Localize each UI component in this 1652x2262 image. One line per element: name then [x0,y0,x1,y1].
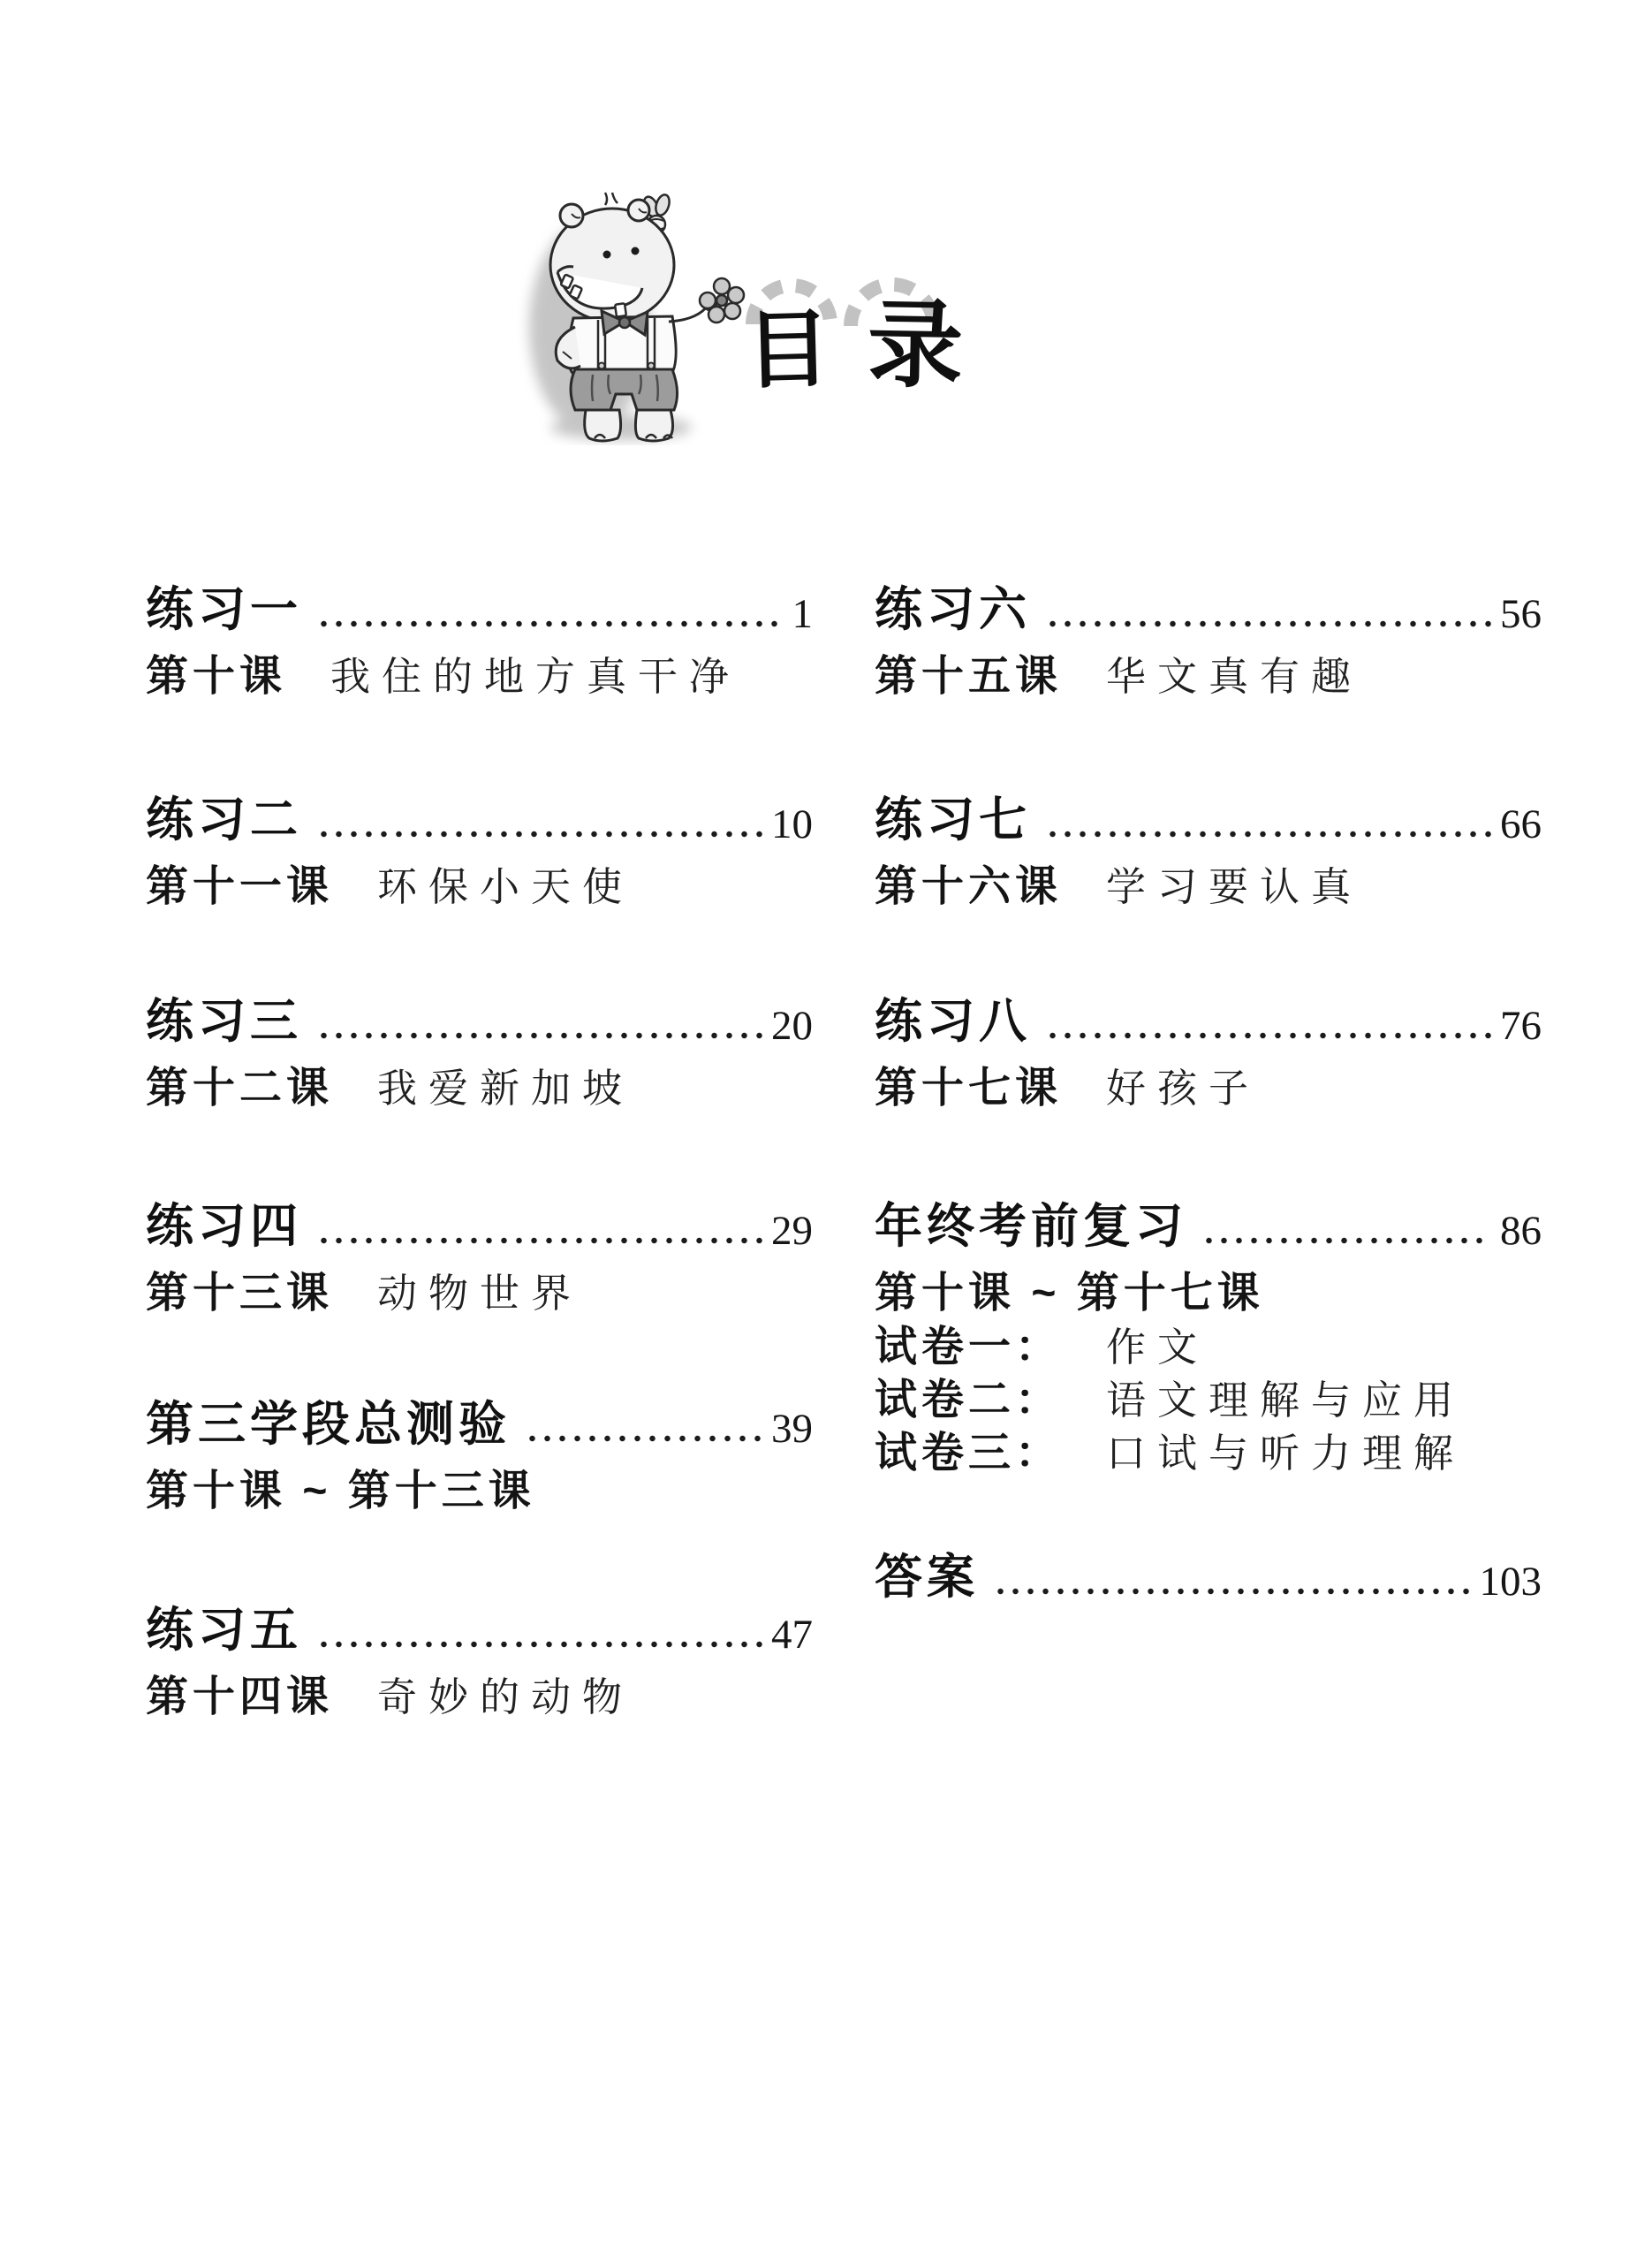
lesson-label: 第十三课 [146,1269,333,1317]
lesson-title: 我住的地方真干净 [330,655,740,701]
lesson-label: 第十五课 [875,652,1062,701]
page-number: 10 [771,803,813,846]
lesson-label: 第十六课 [875,862,1062,911]
page-number: 39 [771,1408,813,1451]
entry-heading: 练习三 [146,995,302,1048]
toc-entry-answers: 答案 103 [875,1551,1542,1604]
lesson-range-label: 第十课 ~ 第十七课 [875,1269,1264,1317]
lesson-range-label: 第十课 ~ 第十三课 [146,1467,535,1515]
toc-heading-line: 练习二 10 [146,793,813,846]
lesson-title: 华文真有趣 [1106,655,1362,701]
entry-heading: 答案 [875,1551,979,1604]
title-char-lu: 录 [867,297,964,394]
dot-leader [316,1032,762,1039]
toc-heading-line: 答案 103 [875,1551,1542,1604]
toc-sub-line: 第十三课 动物世界 [146,1269,813,1317]
toc-heading-line: 第三学段总测验 39 [146,1398,813,1451]
paper-title: 作文 [1106,1325,1209,1371]
entry-heading: 练习七 [875,793,1031,846]
toc-sub-line: 试卷二： 语文理解与应用 [875,1376,1542,1424]
toc-entry-exercise-8: 练习八 76 第十七课 好孩子 [875,995,1542,1113]
toc-entry-year-end-revision: 年终考前复习 86 第十课 ~ 第十七课 试卷一： 作文 试卷二： 语文理解与应… [875,1200,1542,1477]
toc-heading-line: 练习五 47 [146,1604,813,1657]
dot-leader [316,1237,762,1244]
toc-sub-line: 第十课 我住的地方真干净 [146,652,813,701]
toc-page: 目 录 练习一 1 第十课 我住的地方真干净 练习二 10 第十一课 环保小天使… [0,0,1652,2262]
paper-label: 试卷三： [875,1429,1062,1477]
toc-heading-line: 练习八 76 [875,995,1542,1048]
toc-entry-exercise-5: 练习五 47 第十四课 奇妙的动物 [146,1604,813,1722]
toc-sub-line: 第十一课 环保小天使 [146,862,813,911]
entry-heading: 练习六 [875,583,1031,636]
toc-sub-line: 第十七课 好孩子 [875,1064,1542,1112]
toc-sub-line: 第十二课 我爱新加坡 [146,1064,813,1112]
lesson-label: 第十一课 [146,862,333,911]
toc-sub-line: 试卷三： 口试与听力理解 [875,1429,1542,1477]
lesson-title: 动物世界 [377,1271,582,1317]
page-number: 1 [792,593,814,636]
dot-leader [993,1588,1471,1595]
page-number: 76 [1500,1005,1542,1048]
page-number: 66 [1500,803,1542,846]
toc-heading-line: 年终考前复习 86 [875,1200,1542,1253]
paper-label: 试卷二： [875,1376,1062,1424]
lesson-title: 好孩子 [1106,1066,1260,1112]
toc-heading-line: 练习七 66 [875,793,1542,846]
entry-heading: 练习八 [875,995,1031,1048]
page-number: 103 [1480,1560,1542,1604]
toc-entry-exercise-3: 练习三 20 第十二课 我爱新加坡 [146,995,813,1113]
entry-heading: 练习五 [146,1604,302,1657]
toc-entry-exercise-1: 练习一 1 第十课 我住的地方真干净 [146,583,813,702]
dot-leader [1045,831,1491,838]
page-number: 20 [771,1005,813,1048]
lesson-title: 奇妙的动物 [377,1675,633,1721]
dot-leader [525,1435,762,1442]
dot-leader [1201,1237,1491,1244]
dot-leader [316,620,784,627]
dot-leader [1045,1032,1491,1039]
toc-heading-line: 练习三 20 [146,995,813,1048]
toc-sub-line: 第十六课 学习要认真 [875,862,1542,911]
lesson-title: 环保小天使 [377,865,633,911]
page-number: 56 [1500,593,1542,636]
page-number: 86 [1500,1210,1542,1253]
toc-heading-line: 练习四 29 [146,1200,813,1253]
toc-sub-line: 试卷一： 作文 [875,1323,1542,1371]
toc-sub-line: 第十课 ~ 第十三课 [146,1467,813,1515]
toc-heading-line: 练习六 56 [875,583,1542,636]
entry-heading: 第三学段总测验 [146,1398,511,1451]
paper-title: 口试与听力理解 [1106,1431,1465,1477]
lesson-label: 第十课 [146,652,286,701]
title-char-mu: 目 [745,307,831,394]
lesson-label: 第十七课 [875,1064,1062,1112]
lesson-label: 第十四课 [146,1673,333,1721]
entry-heading: 年终考前复习 [875,1200,1187,1253]
page-number: 47 [771,1613,813,1657]
page-title-block: 目 录 [731,259,997,418]
lesson-label: 第十二课 [146,1064,333,1112]
entry-heading: 练习四 [146,1200,302,1253]
toc-entry-term3-test: 第三学段总测验 39 第十课 ~ 第十三课 [146,1398,813,1516]
dot-leader [316,831,762,838]
dot-leader [316,1641,762,1648]
page-title: 目 录 [746,298,963,393]
toc-sub-line: 第十四课 奇妙的动物 [146,1673,813,1721]
lesson-title: 我爱新加坡 [377,1066,633,1112]
toc-entry-exercise-4: 练习四 29 第十三课 动物世界 [146,1200,813,1318]
toc-entry-exercise-6: 练习六 56 第十五课 华文真有趣 [875,583,1542,702]
toc-entry-exercise-2: 练习二 10 第十一课 环保小天使 [146,793,813,912]
entry-heading: 练习一 [146,583,302,636]
toc-sub-line: 第十课 ~ 第十七课 [875,1269,1542,1317]
toc-heading-line: 练习一 1 [146,583,813,636]
dot-leader [1045,620,1491,627]
page-number: 29 [771,1210,813,1253]
paper-label: 试卷一： [875,1323,1062,1371]
toc-entry-exercise-7: 练习七 66 第十六课 学习要认真 [875,793,1542,912]
entry-heading: 练习二 [146,793,302,846]
paper-title: 语文理解与应用 [1106,1378,1465,1424]
toc-sub-line: 第十五课 华文真有趣 [875,652,1542,701]
lesson-title: 学习要认真 [1106,865,1362,911]
